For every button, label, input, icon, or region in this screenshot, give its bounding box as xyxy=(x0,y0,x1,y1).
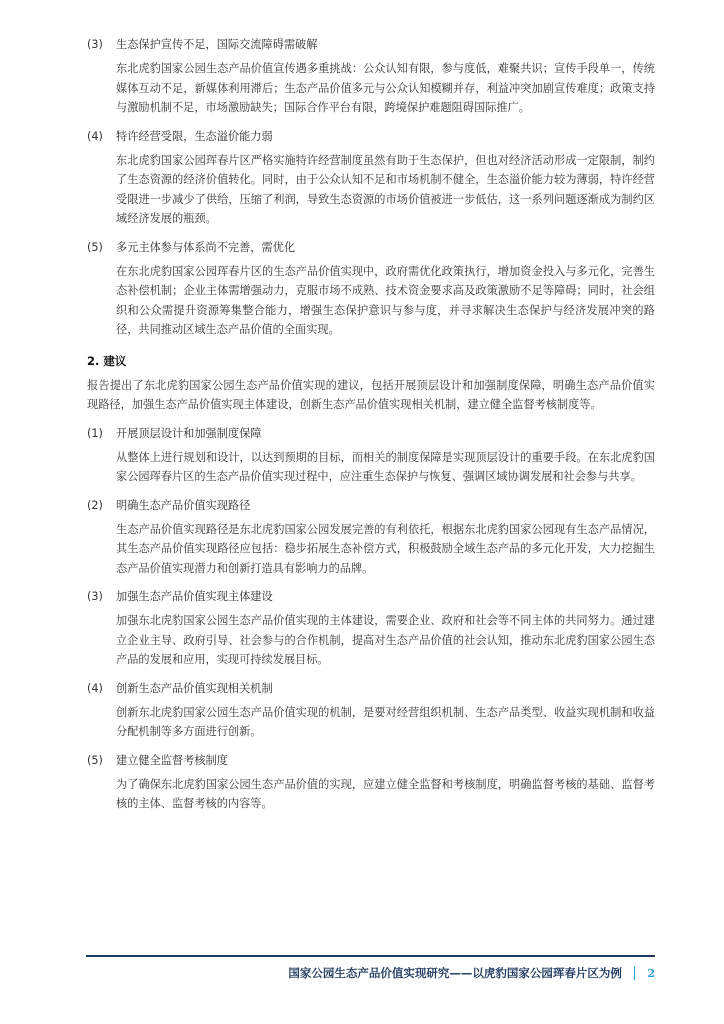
list-item-title: 明确生态产品价值实现路径 xyxy=(116,497,250,514)
list-item-body: 加强东北虎豹国家公园生态产品价值实现的主体建设，需要企业、政府和社会等不同主体的… xyxy=(116,611,655,670)
list-item-body: 从整体上进行规划和设计，以达到预期的目标，而相关的制度保障是实现顶层设计的重要手… xyxy=(116,448,655,487)
list-item-body: 创新东北虎豹国家公园生态产品价值实现的机制，是要对经营组织机制、生态产品类型、收… xyxy=(116,703,655,742)
list-item-number: (3) xyxy=(87,588,116,605)
list-item: (3) 加强生态产品价值实现主体建设 加强东北虎豹国家公园生态产品价值实现的主体… xyxy=(87,588,655,670)
list-item-title: 生态保护宣传不足，国际交流障碍需破解 xyxy=(116,36,317,53)
list-item-body: 生态产品价值实现路径是东北虎豹国家公园发展完善的有利依托，根据东北虎豹国家公园现… xyxy=(116,520,655,579)
footer-divider xyxy=(86,955,655,957)
list-item-number: (1) xyxy=(87,425,116,442)
list-item-number: (4) xyxy=(87,128,116,145)
list-item-title: 加强生态产品价值实现主体建设 xyxy=(116,588,273,605)
list-item-heading: (3) 加强生态产品价值实现主体建设 xyxy=(87,588,655,605)
page-number: 2 xyxy=(647,967,655,980)
page-footer: 国家公园生态产品价值实现研究——以虎豹国家公园珲春片区为例 2 xyxy=(288,965,655,981)
list-item-number: (4) xyxy=(87,680,116,697)
list-item-heading: (5) 多元主体参与体系尚不完善，需优化 xyxy=(87,239,655,256)
list-item: (2) 明确生态产品价值实现路径 生态产品价值实现路径是东北虎豹国家公园发展完善… xyxy=(87,497,655,579)
list-item: (5) 建立健全监督考核制度 为了确保东北虎豹国家公园生态产品价值的实现，应建立… xyxy=(87,752,655,814)
list-item: (4) 创新生态产品价值实现相关机制 创新东北虎豹国家公园生态产品价值实现的机制… xyxy=(87,680,655,742)
list-item-number: (3) xyxy=(87,36,116,53)
list-item-title: 特许经营受限，生态溢价能力弱 xyxy=(116,128,273,145)
page-content: (3) 生态保护宣传不足，国际交流障碍需破解 东北虎豹国家公园生态产品价值宣传遇… xyxy=(87,36,655,824)
list-item: (3) 生态保护宣传不足，国际交流障碍需破解 东北虎豹国家公园生态产品价值宣传遇… xyxy=(87,36,655,118)
section-intro: 报告提出了东北虎豹国家公园生态产品价值实现的建议，包括开展顶层设计和加强制度保障… xyxy=(87,376,655,415)
list-item-number: (2) xyxy=(87,497,116,514)
list-item-heading: (4) 特许经营受限，生态溢价能力弱 xyxy=(87,128,655,145)
footer-separator xyxy=(634,966,636,980)
list-item-title: 开展顶层设计和加强制度保障 xyxy=(116,425,261,442)
list-item-number: (5) xyxy=(87,239,116,256)
list-item-heading: (4) 创新生态产品价值实现相关机制 xyxy=(87,680,655,697)
list-item-heading: (2) 明确生态产品价值实现路径 xyxy=(87,497,655,514)
list-item-body: 东北虎豹国家公园生态产品价值宣传遇多重挑战：公众认知有限，参与度低，难聚共识；宣… xyxy=(116,59,655,118)
list-item: (5) 多元主体参与体系尚不完善，需优化 在东北虎豹国家公园珲春片区的生态产品价… xyxy=(87,239,655,340)
footer-title: 国家公园生态产品价值实现研究——以虎豹国家公园珲春片区为例 xyxy=(288,965,622,981)
list-item-title: 多元主体参与体系尚不完善，需优化 xyxy=(116,239,295,256)
list-item-body: 在东北虎豹国家公园珲春片区的生态产品价值实现中，政府需优化政策执行，增加资金投入… xyxy=(116,262,655,340)
list-item: (4) 特许经营受限，生态溢价能力弱 东北虎豹国家公园珲春片区严格实施特许经营制… xyxy=(87,128,655,229)
list-item-heading: (1) 开展顶层设计和加强制度保障 xyxy=(87,425,655,442)
list-item-title: 建立健全监督考核制度 xyxy=(116,752,228,769)
list-item-title: 创新生态产品价值实现相关机制 xyxy=(116,680,273,697)
list-item-number: (5) xyxy=(87,752,116,769)
list-item-heading: (5) 建立健全监督考核制度 xyxy=(87,752,655,769)
list-item-body: 东北虎豹国家公园珲春片区严格实施特许经营制度虽然有助于生态保护，但也对经济活动形… xyxy=(116,151,655,229)
list-item-body: 为了确保东北虎豹国家公园生态产品价值的实现，应建立健全监督和考核制度，明确监督考… xyxy=(116,775,655,814)
list-item-heading: (3) 生态保护宣传不足，国际交流障碍需破解 xyxy=(87,36,655,53)
section-heading: 2. 建议 xyxy=(87,352,655,370)
list-item: (1) 开展顶层设计和加强制度保障 从整体上进行规划和设计，以达到预期的目标，而… xyxy=(87,425,655,487)
